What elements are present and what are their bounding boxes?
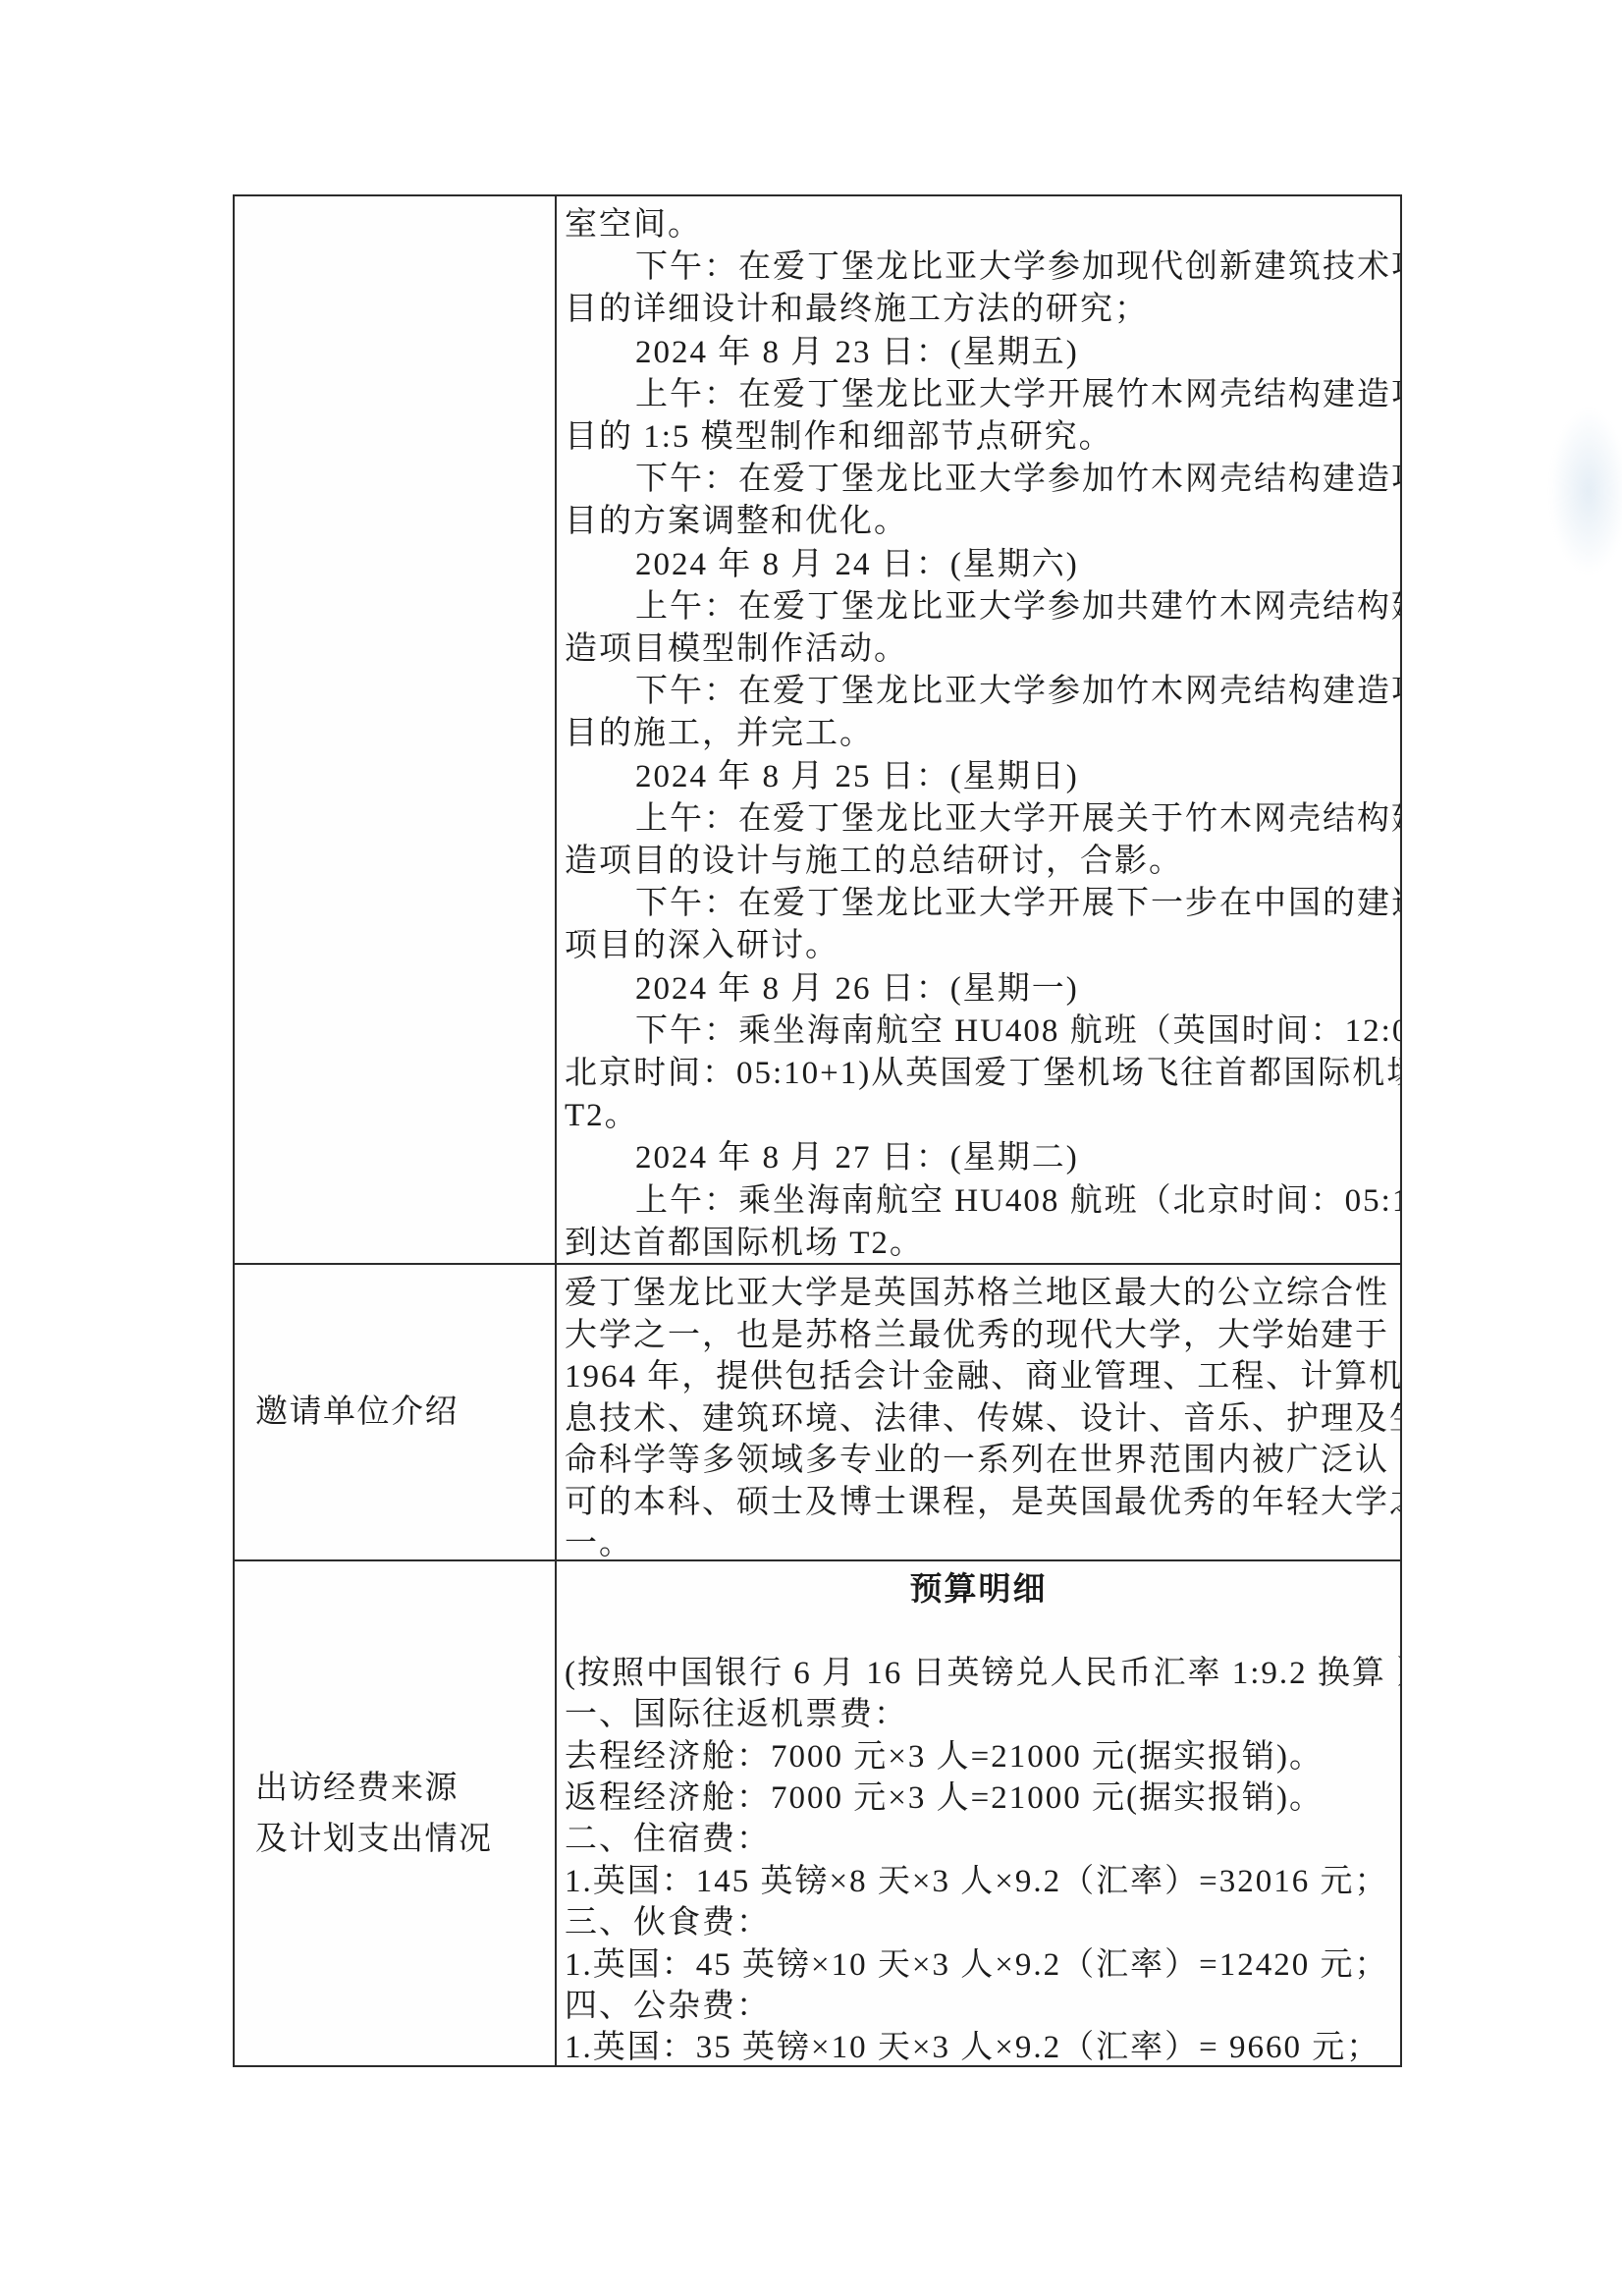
intro-line: 息技术、建筑环境、法律、传媒、设计、音乐、护理及生 [565, 1398, 1392, 1441]
intro-line: 1964 年，提供包括会计金融、商业管理、工程、计算机信 [565, 1356, 1392, 1398]
budget-item-line: 去程经济舱：7000 元×3 人=21000 元(据实报销)。 [565, 1736, 1392, 1777]
scanned-document-page: 室空间。 下午：在爱丁堡龙比亚大学参加现代创新建筑技术项 目的详细设计和最终施工… [0, 0, 1622, 2296]
itinerary-line: 到达首都国际机场 T2。 [565, 1223, 1392, 1263]
itinerary-flight-line: 下午：乘坐海南航空 HU408 航班（英国时间：12:00- [565, 1011, 1392, 1053]
row-label-budget-line2: 及计划支出情况 [255, 1814, 555, 1865]
itinerary-line: 下午：在爱丁堡龙比亚大学参加竹木网壳结构建造项 [565, 671, 1392, 713]
itinerary-date-line: 2024 年 8 月 26 日：(星期一) [565, 968, 1392, 1011]
itinerary-line: 上午：在爱丁堡龙比亚大学参加共建竹木网壳结构建 [565, 586, 1392, 629]
itinerary-line: 下午：在爱丁堡龙比亚大学开展下一步在中国的建造 [565, 883, 1392, 925]
itinerary-flight-line: 上午：乘坐海南航空 HU408 航班（北京时间：05:10） [565, 1180, 1392, 1223]
blank-line [565, 1611, 1392, 1652]
label-cell-inviter-intro: 邀请单位介绍 [235, 1263, 555, 1559]
itinerary-line: 目的 1:5 模型制作和细部节点研究。 [565, 416, 1392, 459]
itinerary-and-budget-table: 室空间。 下午：在爱丁堡龙比亚大学参加现代创新建筑技术项 目的详细设计和最终施工… [233, 194, 1402, 2067]
itinerary-line: 造项目模型制作活动。 [565, 629, 1392, 671]
itinerary-line: 目的方案调整和优化。 [565, 501, 1392, 543]
itinerary-line: 上午：在爱丁堡龙比亚大学开展竹木网壳结构建造项 [565, 374, 1392, 416]
row-label-inviter-intro: 邀请单位介绍 [255, 1387, 555, 1438]
itinerary-line: 目的详细设计和最终施工方法的研究； [565, 289, 1392, 331]
itinerary-line: 下午：在爱丁堡龙比亚大学参加竹木网壳结构建造项 [565, 459, 1392, 501]
itinerary-flight-line: 北京时间：05:10+1)从英国爱丁堡机场飞往首都国际机场 [565, 1053, 1392, 1095]
itinerary-date-line: 2024 年 8 月 25 日：(星期日) [565, 756, 1392, 798]
budget-item-line: 1.英国：35 英镑×10 天×3 人×9.2（汇率）= 9660 元； [565, 2027, 1392, 2065]
scan-artifact-smudge [1549, 408, 1622, 574]
budget-item-line: 1.英国：145 英镑×8 天×3 人×9.2（汇率）=32016 元； [565, 1861, 1392, 1902]
intro-line: 可的本科、硕士及博士课程，是英国最优秀的年轻大学之 [565, 1482, 1392, 1524]
itinerary-date-line: 2024 年 8 月 24 日：(星期六) [565, 544, 1392, 586]
itinerary-line: 室空间。 [565, 204, 1392, 246]
itinerary-content-cell: 室空间。 下午：在爱丁堡龙比亚大学参加现代创新建筑技术项 目的详细设计和最终施工… [555, 196, 1400, 1263]
budget-title: 预算明细 [565, 1569, 1392, 1611]
budget-exchange-rate-line: (按照中国银行 6 月 16 日英镑兑人民币汇率 1:9.2 换算 ） [565, 1653, 1392, 1694]
itinerary-date-line: 2024 年 8 月 27 日：(星期二) [565, 1137, 1392, 1179]
row-label-budget-line1: 出访经费来源 [255, 1763, 555, 1814]
intro-line: 爱丁堡龙比亚大学是英国苏格兰地区最大的公立综合性 [565, 1273, 1392, 1315]
inviter-intro-content-cell: 爱丁堡龙比亚大学是英国苏格兰地区最大的公立综合性 大学之一，也是苏格兰最优秀的现… [555, 1263, 1400, 1559]
itinerary-line: 上午：在爱丁堡龙比亚大学开展关于竹木网壳结构建 [565, 798, 1392, 841]
budget-item-line: 1.英国：45 英镑×10 天×3 人×9.2（汇率）=12420 元； [565, 1944, 1392, 1986]
budget-section-line: 一、国际往返机票费： [565, 1694, 1392, 1735]
itinerary-line: 目的施工，并完工。 [565, 713, 1392, 755]
intro-line: 一。 [565, 1523, 1392, 1559]
itinerary-line: T2。 [565, 1095, 1392, 1137]
intro-line: 命科学等多领域多专业的一系列在世界范围内被广泛认 [565, 1440, 1392, 1482]
intro-line: 大学之一，也是苏格兰最优秀的现代大学，大学始建于 [565, 1315, 1392, 1357]
label-cell-budget: 出访经费来源 及计划支出情况 [235, 1559, 555, 2065]
budget-section-line: 四、公杂费： [565, 1986, 1392, 2027]
itinerary-line: 造项目的设计与施工的总结研讨，合影。 [565, 841, 1392, 883]
itinerary-line: 下午：在爱丁堡龙比亚大学参加现代创新建筑技术项 [565, 246, 1392, 289]
budget-section-line: 二、住宿费： [565, 1819, 1392, 1860]
budget-content-cell: 预算明细 (按照中国银行 6 月 16 日英镑兑人民币汇率 1:9.2 换算 ）… [555, 1559, 1400, 2065]
itinerary-date-line: 2024 年 8 月 23 日：(星期五) [565, 332, 1392, 374]
itinerary-line: 项目的深入研讨。 [565, 925, 1392, 967]
label-cell-itinerary-empty [235, 196, 555, 1263]
budget-section-line: 三、伙食费： [565, 1902, 1392, 1943]
budget-item-line: 返程经济舱：7000 元×3 人=21000 元(据实报销)。 [565, 1777, 1392, 1819]
